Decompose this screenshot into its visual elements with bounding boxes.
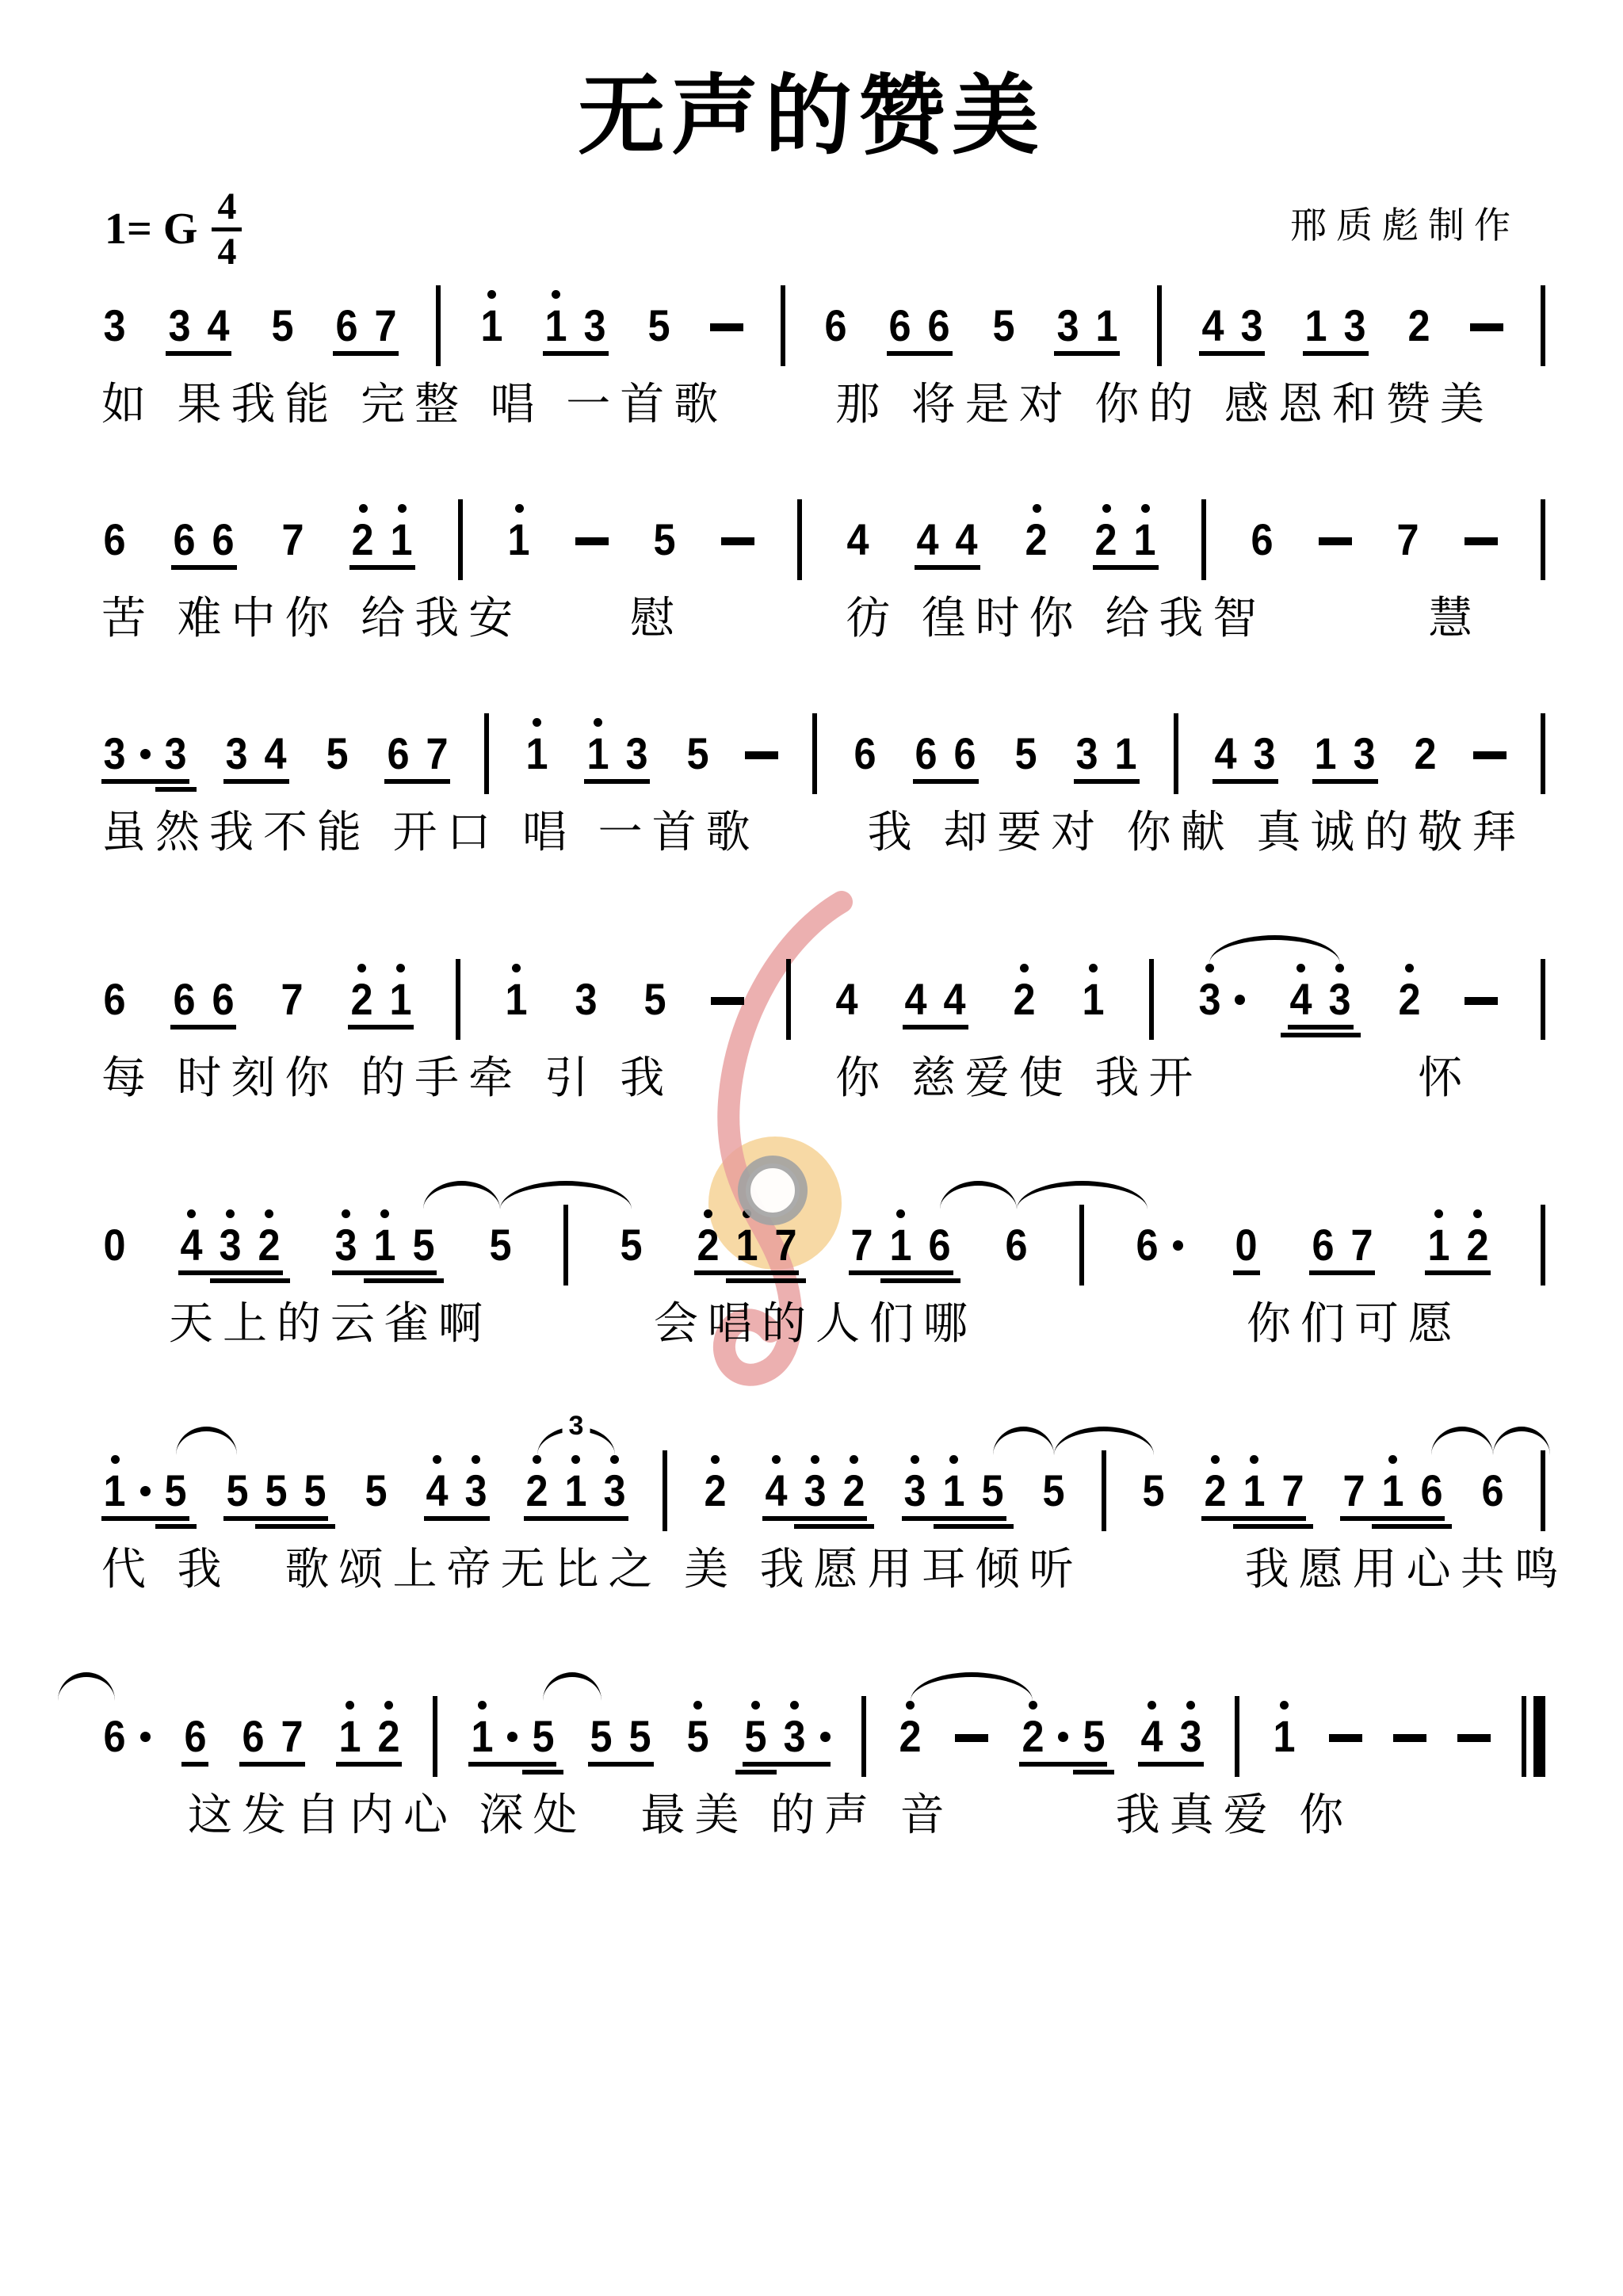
octave-dot-icon xyxy=(1148,1701,1156,1710)
note-number: 6 xyxy=(825,304,847,347)
note-group: 13 xyxy=(584,718,650,784)
music-note: 4 xyxy=(941,978,968,1021)
note-number: 2 xyxy=(1025,518,1048,561)
octave-dot-icon xyxy=(433,1455,441,1464)
key-label: 1= G xyxy=(105,204,197,254)
music-note: 1 xyxy=(733,1209,760,1266)
octave-dot-icon xyxy=(515,504,524,513)
note-number: 3 xyxy=(1343,304,1365,347)
note-group: 7 xyxy=(1395,518,1422,561)
music-note: 7 xyxy=(280,518,307,561)
note-number: 5 xyxy=(165,1469,187,1512)
music-note: 3 xyxy=(1342,304,1369,347)
note-number: 1 xyxy=(525,732,548,775)
octave-dot-icon xyxy=(772,1455,781,1464)
note-number: 3 xyxy=(104,732,126,775)
note-number: 6 xyxy=(104,518,126,561)
music-note: 5 xyxy=(618,1224,645,1266)
lyric-line: 每 时刻你 的手牵 引 我 你 慈爱使 我开 怀 xyxy=(101,1043,1472,1106)
note-group: 5 xyxy=(1140,1469,1167,1512)
note-number: 3 xyxy=(334,1224,357,1266)
music-note: 3 xyxy=(623,732,650,775)
music-note: 7 xyxy=(1348,1224,1375,1266)
note-number: 6 xyxy=(184,1715,206,1758)
extension-dash-icon xyxy=(710,323,743,331)
note-group: 2 xyxy=(1023,504,1050,561)
octave-dot-icon xyxy=(1020,964,1029,972)
barline-icon xyxy=(1102,1450,1106,1531)
note-number: 2 xyxy=(1022,1715,1044,1758)
note-group: 21 xyxy=(349,504,415,570)
note-group: 6 xyxy=(1480,1469,1507,1512)
note-group: 5 xyxy=(323,732,350,775)
extension-dash-icon xyxy=(1457,1734,1491,1742)
note-group: 5 xyxy=(487,1224,514,1266)
barline-icon xyxy=(1541,1450,1545,1531)
octave-dot-icon xyxy=(265,1209,273,1218)
note-number: 6 xyxy=(1136,1224,1159,1266)
note-number: 3 xyxy=(1329,978,1351,1021)
time-signature: 4 4 xyxy=(212,189,242,269)
note-number: 7 xyxy=(281,1715,303,1758)
note-group: 6 xyxy=(1003,1224,1030,1266)
octave-dot-icon xyxy=(1141,504,1150,513)
note-group: 66 xyxy=(887,304,953,356)
note-number: 3 xyxy=(1198,978,1220,1021)
note-number: 6 xyxy=(104,1715,126,1758)
note-group: 25 xyxy=(1019,1701,1107,1767)
octave-dot-icon xyxy=(1388,1455,1397,1464)
music-note: 5 xyxy=(627,1715,654,1758)
tie-arc-icon xyxy=(423,1181,500,1209)
note-number: 4 xyxy=(944,978,966,1021)
music-note: 6 xyxy=(333,304,360,347)
note-number: 3 xyxy=(1354,732,1376,775)
note-number: 2 xyxy=(697,1224,719,1266)
octave-dot-icon xyxy=(911,1455,919,1464)
music-note: 5 xyxy=(685,1701,712,1758)
note-number: 3 xyxy=(226,732,248,775)
note-number: 2 xyxy=(1466,1224,1488,1266)
note-number: 4 xyxy=(765,1469,787,1512)
note-group: 6 xyxy=(823,304,850,347)
note-number: 1 xyxy=(1115,732,1137,775)
note-group: 432 xyxy=(762,1455,867,1521)
music-note: 4 xyxy=(762,1455,789,1512)
note-group: 3 xyxy=(1196,964,1245,1021)
music-note: 3 xyxy=(801,1455,828,1512)
octave-dot-icon xyxy=(226,1209,235,1218)
note-group: 2 xyxy=(701,1455,728,1512)
note-group: 0 xyxy=(101,1224,128,1266)
note-number: 5 xyxy=(687,1715,709,1758)
music-note: 6 xyxy=(101,1715,128,1758)
extension-dash-icon xyxy=(721,537,754,545)
augmentation-dot-icon xyxy=(140,1486,151,1496)
note-number: 4 xyxy=(1215,732,1237,775)
note-group: 15 xyxy=(101,1455,189,1521)
music-note: 5 xyxy=(651,518,678,561)
octave-dot-icon xyxy=(111,1455,120,1464)
lyric-line: 苦 难中你 给我安 慰 彷 徨时你 给我智 慧 xyxy=(101,583,1482,647)
music-note: 6 xyxy=(209,978,236,1021)
tie-arc-icon xyxy=(58,1672,115,1701)
music-note: 2 xyxy=(840,1455,867,1512)
note-group: 1 xyxy=(523,718,550,775)
octave-dot-icon xyxy=(512,964,521,972)
note-group: 217 xyxy=(1201,1455,1306,1521)
note-group: 31 xyxy=(1054,304,1120,356)
music-note: 3 xyxy=(217,1209,244,1266)
composer-credit: 邢质彪制作 xyxy=(1290,197,1520,249)
music-note: 6 xyxy=(210,518,237,561)
music-note: 5 xyxy=(1041,1469,1067,1512)
music-note: 3 xyxy=(1327,964,1354,1021)
music-note: 3 xyxy=(463,1455,490,1512)
music-note: 6 xyxy=(1249,518,1276,561)
note-number: 2 xyxy=(842,1469,865,1512)
tie-arc-icon xyxy=(1431,1427,1493,1455)
note-number: 3 xyxy=(575,978,597,1021)
music-note: 2 xyxy=(1010,964,1037,1021)
tie-arc-icon xyxy=(911,1672,1033,1701)
note-row: 6667121555553225431 xyxy=(101,1672,1545,1777)
music-note: 3 xyxy=(1054,304,1081,347)
note-number: 7 xyxy=(851,1224,873,1266)
music-note: 3 xyxy=(601,1455,628,1512)
octave-dot-icon xyxy=(1250,1455,1258,1464)
note-group: 67 xyxy=(239,1715,305,1767)
note-number: 4 xyxy=(426,1469,449,1512)
music-note: 2 xyxy=(524,1455,551,1512)
note-number: 0 xyxy=(1235,1224,1258,1266)
note-number: 1 xyxy=(586,732,609,775)
note-number: 2 xyxy=(1398,978,1420,1021)
music-note: 1 xyxy=(388,504,415,561)
note-group: 34 xyxy=(166,304,231,356)
music-note: 5 xyxy=(487,1224,514,1266)
barline-icon xyxy=(1235,1696,1239,1777)
extension-dash-icon xyxy=(1473,751,1507,759)
octave-dot-icon xyxy=(346,1701,354,1710)
barline-icon xyxy=(1201,499,1206,580)
music-note: 3 xyxy=(1251,732,1278,775)
octave-dot-icon xyxy=(1029,1701,1037,1710)
note-number: 5 xyxy=(304,1469,326,1512)
note-number: 6 xyxy=(173,978,195,1021)
music-note: 1 xyxy=(1303,304,1330,347)
music-note: 3 xyxy=(101,304,128,347)
final-barline-icon xyxy=(1522,1696,1545,1777)
note-number: 5 xyxy=(620,1224,642,1266)
note-row: 1555554321324323155521771663 xyxy=(101,1427,1545,1531)
note-number: 5 xyxy=(1143,1469,1165,1512)
note-group: 6 xyxy=(181,1715,208,1767)
music-note: 2 xyxy=(256,1209,283,1266)
note-number: 0 xyxy=(104,1224,126,1266)
note-number: 4 xyxy=(1140,1715,1163,1758)
note-group: 12 xyxy=(1425,1209,1491,1275)
note-group: 12 xyxy=(336,1701,402,1767)
music-note: 1 xyxy=(1093,304,1120,347)
octave-dot-icon xyxy=(1033,504,1041,513)
note-number: 1 xyxy=(1243,1469,1265,1512)
music-note: 5 xyxy=(362,1469,389,1512)
barline-icon xyxy=(663,1450,667,1531)
music-note: 1 xyxy=(1312,732,1339,775)
octave-dot-icon xyxy=(949,1455,958,1464)
barline-icon xyxy=(812,713,817,794)
augmentation-dot-icon xyxy=(140,749,151,759)
music-note: 6 xyxy=(101,978,128,1021)
octave-dot-icon xyxy=(552,290,560,299)
tie-arc-icon xyxy=(176,1427,237,1455)
note-group: 5 xyxy=(362,1469,389,1512)
note-group: 15 xyxy=(468,1701,556,1767)
note-group: 43 xyxy=(1212,732,1278,784)
note-group: 43 xyxy=(1199,304,1265,356)
note-number: 2 xyxy=(377,1715,399,1758)
octave-dot-icon xyxy=(533,718,541,727)
note-number: 1 xyxy=(480,304,502,347)
note-group: 2 xyxy=(1412,732,1439,775)
music-note: 6 xyxy=(926,1224,953,1266)
note-number: 3 xyxy=(168,304,190,347)
music-note: 3 xyxy=(162,732,189,775)
music-note: 1 xyxy=(1379,1455,1406,1512)
note-number: 1 xyxy=(338,1715,361,1758)
octave-dot-icon xyxy=(487,290,496,299)
note-number: 3 xyxy=(1076,732,1098,775)
note-number: 5 xyxy=(365,1469,387,1512)
note-group: 13 xyxy=(543,290,609,356)
note-number: 3 xyxy=(903,1469,926,1512)
music-note: 2 xyxy=(1093,504,1120,561)
note-group: 43 xyxy=(1288,964,1354,1030)
augmentation-dot-icon xyxy=(820,1732,831,1742)
octave-dot-icon xyxy=(1434,1209,1443,1218)
note-number: 6 xyxy=(1482,1469,1504,1512)
note-number: 3 xyxy=(1179,1715,1201,1758)
note-group: 432 xyxy=(178,1209,283,1275)
note-group: 5 xyxy=(646,304,673,347)
music-note: 6 xyxy=(181,1715,208,1758)
note-group: 43 xyxy=(424,1455,490,1521)
music-note: 4 xyxy=(1199,304,1226,347)
sheet-music-page: 无声的赞美 1= G 4 4 邢质彪制作 3345671135666531431… xyxy=(0,0,1623,2296)
note-number: 6 xyxy=(212,518,235,561)
note-group: 7 xyxy=(279,978,306,1021)
music-note: 1 xyxy=(1425,1209,1452,1266)
note-number: 6 xyxy=(335,304,357,347)
barline-icon xyxy=(1541,959,1545,1040)
music-note: 4 xyxy=(1212,732,1239,775)
music-note: 2 xyxy=(694,1209,721,1266)
note-number: 4 xyxy=(836,978,858,1021)
note-number: 5 xyxy=(992,304,1014,347)
music-note: 1 xyxy=(506,504,533,561)
music-note: 5 xyxy=(410,1224,437,1266)
music-note: 3 xyxy=(1196,964,1223,1021)
note-number: 5 xyxy=(686,732,708,775)
augmentation-dot-icon xyxy=(1058,1732,1068,1742)
music-note: 3 xyxy=(572,978,599,1021)
music-note: 1 xyxy=(584,718,611,775)
extension-dash-icon xyxy=(1465,537,1498,545)
octave-dot-icon xyxy=(693,1701,702,1710)
note-number: 4 xyxy=(1290,978,1312,1021)
music-note: 6 xyxy=(1134,1224,1161,1266)
note-number: 1 xyxy=(565,1469,587,1512)
note-number: 3 xyxy=(584,304,606,347)
music-note: 5 xyxy=(529,1715,556,1758)
note-group: 315 xyxy=(902,1455,1006,1521)
note-number: 5 xyxy=(489,1224,511,1266)
note-number: 3 xyxy=(784,1715,806,1758)
note-number: 1 xyxy=(373,1224,395,1266)
music-note: 6 xyxy=(101,518,128,561)
music-note: 3 xyxy=(582,304,609,347)
music-note: 7 xyxy=(278,1715,305,1758)
note-number: 1 xyxy=(506,978,528,1021)
note-group: 3 xyxy=(101,304,128,347)
note-group: 555 xyxy=(223,1469,328,1521)
music-note: 2 xyxy=(897,1701,924,1758)
note-group: 5 xyxy=(684,732,711,775)
music-note: 1 xyxy=(523,718,550,775)
note-group: 5 xyxy=(618,1224,645,1266)
octave-dot-icon xyxy=(533,1455,541,1464)
tie-arc-icon xyxy=(940,1181,1017,1209)
note-group: 1 xyxy=(478,290,505,347)
music-note: 6 xyxy=(851,732,878,775)
note-number: 2 xyxy=(352,518,374,561)
note-group: 0 xyxy=(1233,1224,1260,1275)
note-number: 5 xyxy=(412,1224,434,1266)
note-number: 5 xyxy=(590,1715,613,1758)
music-note: 5 xyxy=(684,732,711,775)
music-note: 3 xyxy=(1238,304,1265,347)
octave-dot-icon xyxy=(472,1455,480,1464)
note-number: 4 xyxy=(905,978,927,1021)
note-group: 2 xyxy=(1396,964,1423,1021)
music-note: 6 xyxy=(1480,1469,1507,1512)
note-group: 4 xyxy=(845,518,872,561)
octave-dot-icon xyxy=(1405,964,1414,972)
music-note: 5 xyxy=(990,304,1017,347)
note-group: 6 xyxy=(101,978,128,1021)
note-number: 2 xyxy=(1408,304,1430,347)
key-signature: 1= G 4 4 xyxy=(105,189,242,269)
note-group: 2 xyxy=(897,1701,924,1758)
note-group: 53 xyxy=(743,1701,831,1767)
music-note: 6 xyxy=(887,304,914,347)
note-number: 4 xyxy=(265,732,287,775)
note-number: 7 xyxy=(282,518,304,561)
note-group: 21 xyxy=(348,964,414,1030)
tie-arc-icon xyxy=(543,1672,601,1701)
music-note: 1 xyxy=(371,1209,398,1266)
extension-dash-icon xyxy=(955,1734,988,1742)
music-note: 7 xyxy=(279,978,306,1021)
time-numerator: 4 xyxy=(217,189,236,225)
note-number: 3 xyxy=(1254,732,1276,775)
note-number: 3 xyxy=(604,1469,626,1512)
octave-dot-icon xyxy=(1186,1701,1195,1710)
octave-dot-icon xyxy=(1211,1455,1220,1464)
octave-dot-icon xyxy=(751,1701,760,1710)
music-note: 6 xyxy=(823,304,850,347)
note-number: 5 xyxy=(745,1715,767,1758)
note-number: 4 xyxy=(1201,304,1224,347)
octave-dot-icon xyxy=(1089,964,1098,972)
octave-dot-icon xyxy=(906,1701,915,1710)
note-group: 2 xyxy=(1010,964,1037,1021)
note-group: 5 xyxy=(1013,732,1040,775)
note-group: 1 xyxy=(1270,1701,1297,1758)
note-number: 6 xyxy=(854,732,876,775)
note-number: 7 xyxy=(1397,518,1419,561)
extension-dash-icon xyxy=(711,997,744,1005)
note-number: 6 xyxy=(889,304,911,347)
barline-icon xyxy=(1149,959,1154,1040)
octave-dot-icon xyxy=(704,1209,712,1218)
note-group: 5 xyxy=(651,518,678,561)
octave-dot-icon xyxy=(594,718,602,727)
music-note: 4 xyxy=(834,978,861,1021)
music-note: 5 xyxy=(262,1469,289,1512)
note-number: 1 xyxy=(942,1469,964,1512)
music-note: 4 xyxy=(1288,964,1315,1021)
note-number: 6 xyxy=(1251,518,1274,561)
barline-icon xyxy=(786,959,791,1040)
extension-dash-icon xyxy=(745,751,778,759)
tie-arc-icon xyxy=(1054,1427,1154,1455)
note-number: 7 xyxy=(1281,1469,1304,1512)
note-number: 6 xyxy=(174,518,196,561)
music-note: 4 xyxy=(953,518,980,561)
music-note: 5 xyxy=(646,304,673,347)
note-number: 3 xyxy=(104,304,126,347)
barline-icon xyxy=(797,499,802,580)
note-group: 3 xyxy=(572,978,599,1021)
lyric-line: 如 果我能 完整 唱 一首歌 那 将是对 你的 感恩和赞美 xyxy=(101,369,1494,433)
note-group: 67 xyxy=(384,732,450,784)
note-number: 7 xyxy=(281,978,304,1021)
note-number: 4 xyxy=(917,518,939,561)
music-note: 5 xyxy=(588,1715,615,1758)
barline-icon xyxy=(563,1205,568,1286)
music-note: 5 xyxy=(162,1469,189,1512)
music-note: 3 xyxy=(332,1209,359,1266)
note-number: 6 xyxy=(1420,1469,1442,1512)
extension-dash-icon xyxy=(1470,323,1503,331)
music-note: 3 xyxy=(1177,1701,1204,1758)
note-group: 1 xyxy=(503,964,530,1021)
lyric-line: 代 我 歌颂上帝无比之 美 我愿用耳倾听 我愿用心共鸣 xyxy=(101,1534,1568,1598)
note-number: 1 xyxy=(1304,304,1327,347)
barline-icon xyxy=(433,1696,437,1777)
note-number: 1 xyxy=(471,1715,493,1758)
note-number: 1 xyxy=(1427,1224,1449,1266)
music-note: 1 xyxy=(101,1455,128,1512)
music-note: 7 xyxy=(372,304,399,347)
music-note: 4 xyxy=(1138,1701,1165,1758)
note-group: 67 xyxy=(1309,1224,1375,1275)
note-group: 5 xyxy=(990,304,1017,347)
music-note: 4 xyxy=(903,978,930,1021)
octave-dot-icon xyxy=(187,1209,196,1218)
